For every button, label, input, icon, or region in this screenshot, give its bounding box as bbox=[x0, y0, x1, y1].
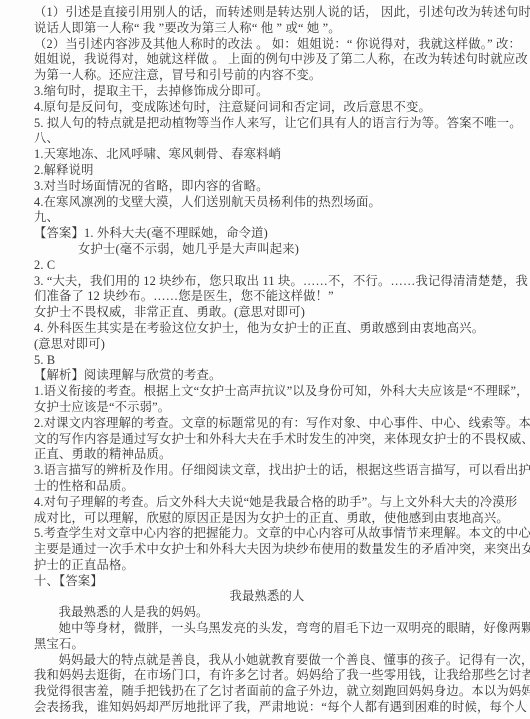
doc-line: （1）引述是直接引用别人的话，而转述则是转达别人说的话， 因此，引述句改为转述句… bbox=[34, 5, 500, 21]
doc-line: 1.语义衔接的考查。根据上文“女护士高声抗议”以及身份可知，外科大夫应该是“不理… bbox=[34, 384, 500, 400]
doc-line: 正直、勇敢的精神品质。 bbox=[34, 447, 500, 463]
doc-line: 2.对课文内容理解的考查。文章的标题常见的有：写作对象、中心事件、中心、线索等。… bbox=[34, 416, 500, 432]
doc-line: 3.缩句时，提取主干，去掉修饰成分即可。 bbox=[34, 84, 500, 100]
doc-line: 【解析】阅读理解与欣赏的考查。 bbox=[34, 368, 500, 384]
doc-line: 2. C bbox=[34, 258, 500, 274]
doc-line: 我觉得很害羞，随手把钱扔在了乞讨者面前的盒子外边，就立刻跑回妈妈身边。本以为妈妈 bbox=[34, 684, 500, 700]
doc-line: 说话人即第一人称“ 我 ”要改为第三人称“ 他 ” 或“ 她 ”。 bbox=[34, 21, 500, 37]
doc-line: 4. 外科医生其实是在考验这位女护士，他为女护士的正直、勇敢感到由衷地高兴。 bbox=[34, 321, 500, 337]
doc-line: 女护士应该是“不示弱”。 bbox=[34, 400, 500, 416]
doc-line: 5.考查学生对文章中心内容的把握能力。文章的中心内容可从故事情节来理解。本文的中… bbox=[34, 526, 500, 542]
doc-line: 们准备了 12 块纱布。……您是医生，您不能这样做！” bbox=[34, 289, 500, 305]
doc-line: 我最熟悉的人 bbox=[34, 589, 500, 605]
doc-line: 我最熟悉的人是我的妈妈。 bbox=[34, 605, 500, 621]
doc-line: 士的性格和品质。 bbox=[34, 479, 500, 495]
doc-line: 九、 bbox=[34, 210, 500, 226]
doc-line: 4.对句子理解的考查。后文外科大夫说“她是我最合格的助手”。与上文外科大夫的冷漠… bbox=[34, 495, 500, 511]
doc-line: 十、【答案】 bbox=[34, 574, 500, 590]
doc-line: 3.语言描写的辨析及作用。仔细阅读文章，找出护士的话，根据这些语言描写，可以看出… bbox=[34, 463, 500, 479]
doc-line: 女护士不畏权威，非常正直、勇敢。(意思对即可) bbox=[34, 305, 500, 321]
doc-line: (意思对即可) bbox=[34, 337, 500, 353]
doc-line: 2.解释说明 bbox=[34, 163, 500, 179]
doc-line: 姐姐说，我说得对，她就这样做 。 上面的例句中涉及了第二人称，在改为转述句时就应… bbox=[34, 52, 500, 68]
doc-line: 八、 bbox=[34, 131, 500, 147]
doc-line: 4.在寒风凛冽的戈壁大漠，人们送别航天员杨利伟的热烈场面。 bbox=[34, 195, 500, 211]
doc-line: 【答案】1. 外科大夫(毫不理睬她，命令道) bbox=[34, 226, 500, 242]
doc-line: 3. “大夫，我们用的 12 块纱布，您只取出 11 块。……不，不行。……我记… bbox=[34, 274, 500, 290]
doc-line: 成对比，可以理解，欣慰的原因正是因为女护士的正直、勇敢，使他感到由衷地高兴。 bbox=[34, 511, 500, 527]
doc-line: 5. B bbox=[34, 353, 500, 369]
doc-line: 黑宝石。 bbox=[34, 637, 500, 653]
doc-line: 1.天寒地冻、北风呼啸、寒风刺骨、春寒料峭 bbox=[34, 147, 500, 163]
doc-line: 妈妈最大的特点就是善良，我从小她就教育要做一个善良、懂事的孩子。记得有一次， bbox=[34, 653, 500, 669]
doc-line: 护士的正直品格。 bbox=[34, 558, 500, 574]
doc-line: 4.原句是反问句，变成陈述句时，注意疑问词和否定词，改后意思不变。 bbox=[34, 100, 500, 116]
doc-line: 会表扬我，谁知妈妈却严厉地批评了我，严肃地说：“每个人都有遇到困难的时候，每个人 bbox=[34, 700, 500, 716]
doc-line: 女护士(毫不示弱，她几乎是大声叫起来) bbox=[78, 242, 500, 258]
doc-line: 5. 拟人句的特点就是把动植物等当作人来写，让它们具有人的语言行为等。答案不唯一… bbox=[34, 116, 500, 132]
doc-line: 文的写作内容是通过写女护士和外科大夫在手术时发生的冲突，来体现女护士的不畏权威、 bbox=[34, 432, 500, 448]
doc-line: 3.对当时场面情况的省略，即内容的省略。 bbox=[34, 179, 500, 195]
doc-line: 她中等身材，微胖，一头乌黑发亮的头发，弯弯的眉毛下边一双明亮的眼睛，好像两颗 bbox=[34, 621, 500, 637]
document-page: （1）引述是直接引用别人的话，而转述则是转达别人说的话， 因此，引述句改为转述句… bbox=[0, 0, 530, 719]
doc-line: （2）当引述内容涉及其他人称时的改法 。 如：姐姐说：“ 你说得对，我就这样做。… bbox=[34, 37, 500, 53]
doc-line: 我和妈妈去逛街，在市场门口，有许多乞讨者。妈妈给了我一些零用钱，让我给那些乞讨者… bbox=[34, 668, 500, 684]
doc-line: 为第一人称。还应注意，冒号和引号前的内容不变。 bbox=[34, 68, 500, 84]
doc-line: 主要是通过一次手术中女护士和外科大夫因为块纱布使用的数量发生的矛盾冲突，来突出女 bbox=[34, 542, 500, 558]
